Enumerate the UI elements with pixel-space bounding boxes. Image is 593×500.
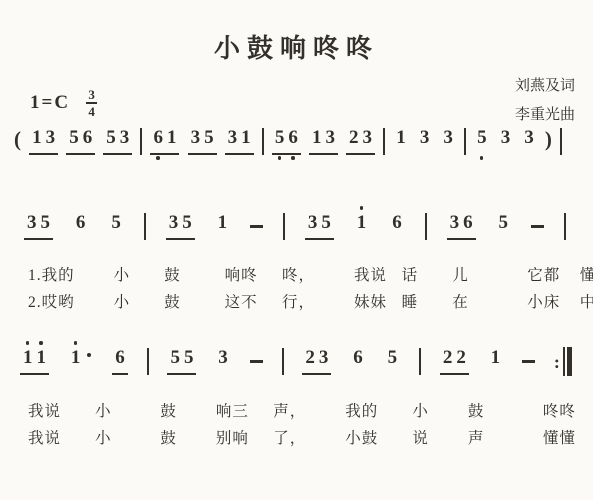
note-group: 35 xyxy=(24,213,53,240)
note-group: 3 xyxy=(215,348,231,375)
barline xyxy=(283,213,285,240)
lyrics-row-verse1-b: 我说 小 鼓 响三 声， 我的 小 鼓 咚咚 咚。 xyxy=(28,398,593,425)
lyrics-row-verse2-a: 2.哎哟 小 鼓 这不 行， 妹妹 睡 在 小床 中， xyxy=(28,289,593,316)
note: 1 xyxy=(355,213,369,234)
note-group: 1 xyxy=(215,213,231,240)
note-group: 56 xyxy=(272,128,301,155)
note: 3 xyxy=(226,128,240,149)
notation-line-intro: (135653613531561323133533) xyxy=(14,128,562,155)
note: 1 xyxy=(239,128,253,149)
note: 3 xyxy=(499,128,513,149)
note: 6 xyxy=(113,348,127,369)
key-signature: 1=C 3 4 xyxy=(30,88,97,118)
note: 5 xyxy=(386,348,400,369)
note-group: 5 xyxy=(385,348,401,375)
note: 6 xyxy=(461,213,475,234)
barline xyxy=(564,213,566,240)
note-group: 22 xyxy=(440,348,469,375)
open-paren-mark: ( xyxy=(14,129,21,154)
barline xyxy=(140,128,142,155)
barline xyxy=(147,348,149,375)
note-group: 6 xyxy=(112,348,128,375)
song-title: 小鼓响咚咚 xyxy=(0,28,593,65)
note: 1 xyxy=(69,348,83,369)
note: 5 xyxy=(475,128,489,149)
note-group: 55 xyxy=(167,348,196,375)
dash-continuation xyxy=(531,225,544,228)
note: 1 xyxy=(394,128,408,149)
note: 1 xyxy=(21,348,35,369)
note-group: 11 xyxy=(20,348,49,375)
note-group: 35 xyxy=(188,128,217,155)
note: 3 xyxy=(216,348,230,369)
repeat-end-sign: : xyxy=(554,347,572,376)
note: 6 xyxy=(151,128,165,149)
note: 5 xyxy=(168,348,182,369)
note: 2 xyxy=(441,348,455,369)
note: 3 xyxy=(441,128,455,149)
note: 6 xyxy=(286,128,300,149)
barline xyxy=(464,128,466,155)
note-group: 31 xyxy=(225,128,254,155)
note-group: 13 xyxy=(29,128,58,155)
note: 6 xyxy=(74,213,88,234)
note: 1 xyxy=(216,213,230,234)
note-group: 53 xyxy=(103,128,132,155)
notation-line-verse-a: 35653513516365 xyxy=(24,213,566,240)
note-group: 1 xyxy=(393,128,409,155)
augmentation-dot xyxy=(87,353,91,357)
close-paren-mark: ) xyxy=(545,129,552,154)
time-signature: 3 4 xyxy=(86,88,97,118)
note-group: 5 xyxy=(495,213,511,240)
note-group: 3 xyxy=(521,128,537,155)
dash-continuation xyxy=(250,360,263,363)
barline xyxy=(262,128,264,155)
note-group: 1 xyxy=(354,213,370,240)
barline xyxy=(383,128,385,155)
key-text: 1=C xyxy=(30,92,70,114)
note: 2 xyxy=(303,348,317,369)
note: 3 xyxy=(361,128,375,149)
note: 3 xyxy=(418,128,432,149)
note: 3 xyxy=(323,128,337,149)
note: 5 xyxy=(319,213,333,234)
note: 3 xyxy=(448,213,462,234)
note-group: 35 xyxy=(305,213,334,240)
note: 1 xyxy=(30,128,44,149)
note: 3 xyxy=(189,128,203,149)
note: 3 xyxy=(306,213,320,234)
note: 3 xyxy=(317,348,331,369)
lyrics-block-2: 我说 小 鼓 响三 声， 我的 小 鼓 咚咚 咚。 我说 小 鼓 别响 了， 小… xyxy=(28,398,593,452)
thin-barline xyxy=(563,347,565,376)
note: 5 xyxy=(180,213,194,234)
note-group: 35 xyxy=(166,213,195,240)
lyrics-row-verse1-a: 1.我的 小 鼓 响咚 咚， 我说 话 儿 它都 懂， xyxy=(28,262,593,289)
note: 6 xyxy=(81,128,95,149)
dash-continuation xyxy=(522,360,535,363)
note: 3 xyxy=(25,213,39,234)
note: 3 xyxy=(44,128,58,149)
note: 3 xyxy=(167,213,181,234)
note-group: 6 xyxy=(73,213,89,240)
note: 1 xyxy=(165,128,179,149)
note-group: 61 xyxy=(150,128,179,155)
dash-continuation xyxy=(250,225,263,228)
barline xyxy=(282,348,284,375)
note-group: 6 xyxy=(350,348,366,375)
barline xyxy=(419,348,421,375)
barline xyxy=(560,128,562,155)
sheet-music-page: 小鼓响咚咚 1=C 3 4 刘燕及词 李重光曲 (135653613531561… xyxy=(0,0,593,500)
note: 1 xyxy=(310,128,324,149)
note: 5 xyxy=(182,348,196,369)
note: 5 xyxy=(104,128,118,149)
repeat-dots: : xyxy=(554,353,560,371)
time-signature-numerator: 3 xyxy=(88,88,95,101)
note: 2 xyxy=(454,348,468,369)
note: 3 xyxy=(118,128,132,149)
composer-credit: 李重光曲 xyxy=(515,101,575,130)
note: 5 xyxy=(202,128,216,149)
lyricist-credit: 刘燕及词 xyxy=(515,72,575,101)
note-group: 13 xyxy=(309,128,338,155)
note-group: 23 xyxy=(346,128,375,155)
lyrics-row-verse2-b: 我说 小 鼓 别响 了， 小鼓 说 声 懂懂 懂。 xyxy=(28,425,593,452)
barline xyxy=(144,213,146,240)
note-group: 23 xyxy=(302,348,331,375)
time-signature-denominator: 4 xyxy=(88,105,95,118)
note: 3 xyxy=(522,128,536,149)
note-group: 5 xyxy=(474,128,490,155)
note: 5 xyxy=(39,213,53,234)
note: 5 xyxy=(109,213,123,234)
note-group: 3 xyxy=(440,128,456,155)
note-group: 1 xyxy=(68,348,94,375)
note: 1 xyxy=(35,348,49,369)
note-group: 56 xyxy=(66,128,95,155)
note: 5 xyxy=(67,128,81,149)
note-group: 3 xyxy=(498,128,514,155)
note-group: 6 xyxy=(389,213,405,240)
note-group: 36 xyxy=(447,213,476,240)
note: 5 xyxy=(496,213,510,234)
note: 2 xyxy=(347,128,361,149)
thick-barline xyxy=(567,347,572,376)
notation-line-verse-b: 11165532365221: xyxy=(20,347,572,376)
note: 6 xyxy=(351,348,365,369)
note-group: 5 xyxy=(108,213,124,240)
barline xyxy=(425,213,427,240)
note: 1 xyxy=(489,348,503,369)
note: 6 xyxy=(390,213,404,234)
note-group: 1 xyxy=(488,348,504,375)
note-group: 3 xyxy=(417,128,433,155)
credits: 刘燕及词 李重光曲 xyxy=(515,72,575,130)
lyrics-block-1: 1.我的 小 鼓 响咚 咚， 我说 话 儿 它都 懂， 2.哎哟 小 鼓 这不 … xyxy=(28,262,593,316)
note: 5 xyxy=(273,128,287,149)
